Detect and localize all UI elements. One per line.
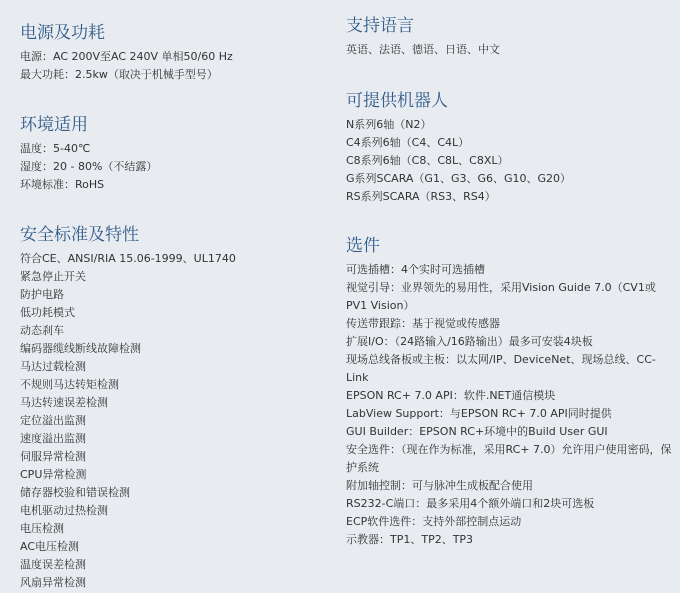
list-item: 伺服异常检测 xyxy=(20,448,330,466)
list-item: 可选插槽：4个实时可选插槽 xyxy=(346,261,676,279)
list-item: GUI Builder：EPSON RC+环境中的Build User GUI xyxy=(346,423,676,441)
list-item: 定位溢出监测 xyxy=(20,412,330,430)
list-item: 符合CE、ANSI/RIA 15.06-1999、UL1740 xyxy=(20,250,330,268)
list-item: EPSON RC+ 7.0 API：软件.NET通信模块 xyxy=(346,387,676,405)
section-title-languages: 支持语言 xyxy=(346,15,676,37)
section-languages: 支持语言 英语、法语、德语、日语、中文 xyxy=(346,15,676,59)
list-item: 现场总线备板或主板：以太网/IP、DeviceNet、现场总线、CC-Link xyxy=(346,351,676,387)
list-item: 温度误差检测 xyxy=(20,556,330,574)
section-options: 选件 可选插槽：4个实时可选插槽 视觉引导：业界领先的易用性，采用Vision … xyxy=(346,235,676,549)
list-item: 扩展I/O：（24路输入/16路输出）最多可安装4块板 xyxy=(346,333,676,351)
list-item: 附加轴控制：可与脉冲生成板配合使用 xyxy=(346,477,676,495)
list-item: 紧急停止开关 xyxy=(20,268,330,286)
list-item: N系列6轴（N2） xyxy=(346,116,676,134)
list-item: 环境标准：RoHS xyxy=(20,176,330,194)
list-item: 不规则马达转矩检测 xyxy=(20,376,330,394)
section-title-robots: 可提供机器人 xyxy=(346,90,676,112)
section-title-environment: 环境适用 xyxy=(20,114,330,136)
list-item: 储存器校验和错误检测 xyxy=(20,484,330,502)
list-item: 马达过载检测 xyxy=(20,358,330,376)
section-environment: 环境适用 温度：5-40℃ 湿度：20 - 80%（不结露） 环境标准：RoHS xyxy=(20,114,330,194)
list-item: ECP软件选件：支持外部控制点运动 xyxy=(346,513,676,531)
section-robots: 可提供机器人 N系列6轴（N2） C4系列6轴（C4、C4L） C8系列6轴（C… xyxy=(346,90,676,206)
list-item: 安全选件：（现在作为标准，采用RC+ 7.0）允许用户使用密码，保护系统 xyxy=(346,441,676,477)
list-item: 动态刹车 xyxy=(20,322,330,340)
section-title-options: 选件 xyxy=(346,235,676,257)
list-item: 速度溢出监测 xyxy=(20,430,330,448)
list-item: 编码器缆线断线故障检测 xyxy=(20,340,330,358)
list-item: C8系列6轴（C8、C8L、C8XL） xyxy=(346,152,676,170)
list-item: 英语、法语、德语、日语、中文 xyxy=(346,41,676,59)
list-item: 湿度：20 - 80%（不结露） xyxy=(20,158,330,176)
section-title-safety: 安全标准及特性 xyxy=(20,224,330,246)
list-item: 传送带跟踪：基于视觉或传感器 xyxy=(346,315,676,333)
list-item: 温度：5-40℃ xyxy=(20,140,330,158)
list-item: 电机驱动过热检测 xyxy=(20,502,330,520)
list-item: 风扇异常检测 xyxy=(20,574,330,592)
section-power: 电源及功耗 电源：AC 200V至AC 240V 单相50/60 Hz 最大功耗… xyxy=(20,22,330,84)
list-item: 电压检测 xyxy=(20,520,330,538)
list-item: LabView Support：与EPSON RC+ 7.0 API同时提供 xyxy=(346,405,676,423)
list-item: G系列SCARA（G1、G3、G6、G10、G20） xyxy=(346,170,676,188)
list-item: AC电压检测 xyxy=(20,538,330,556)
list-item: 电源：AC 200V至AC 240V 单相50/60 Hz xyxy=(20,48,330,66)
list-item: 最大功耗：2.5kw（取决于机械手型号） xyxy=(20,66,330,84)
list-item: 防护电路 xyxy=(20,286,330,304)
list-item: 低功耗模式 xyxy=(20,304,330,322)
list-item: C4系列6轴（C4、C4L） xyxy=(346,134,676,152)
section-title-power: 电源及功耗 xyxy=(20,22,330,44)
list-item: 视觉引导：业界领先的易用性，采用Vision Guide 7.0（CV1或PV1… xyxy=(346,279,676,315)
list-item: RS系列SCARA（RS3、RS4） xyxy=(346,188,676,206)
list-item: CPU异常检测 xyxy=(20,466,330,484)
list-item: 示教器：TP1、TP2、TP3 xyxy=(346,531,676,549)
section-safety: 安全标准及特性 符合CE、ANSI/RIA 15.06-1999、UL1740 … xyxy=(20,224,330,592)
list-item: 马达转速误差检测 xyxy=(20,394,330,412)
list-item: RS232-C端口：最多采用4个额外端口和2块可选板 xyxy=(346,495,676,513)
